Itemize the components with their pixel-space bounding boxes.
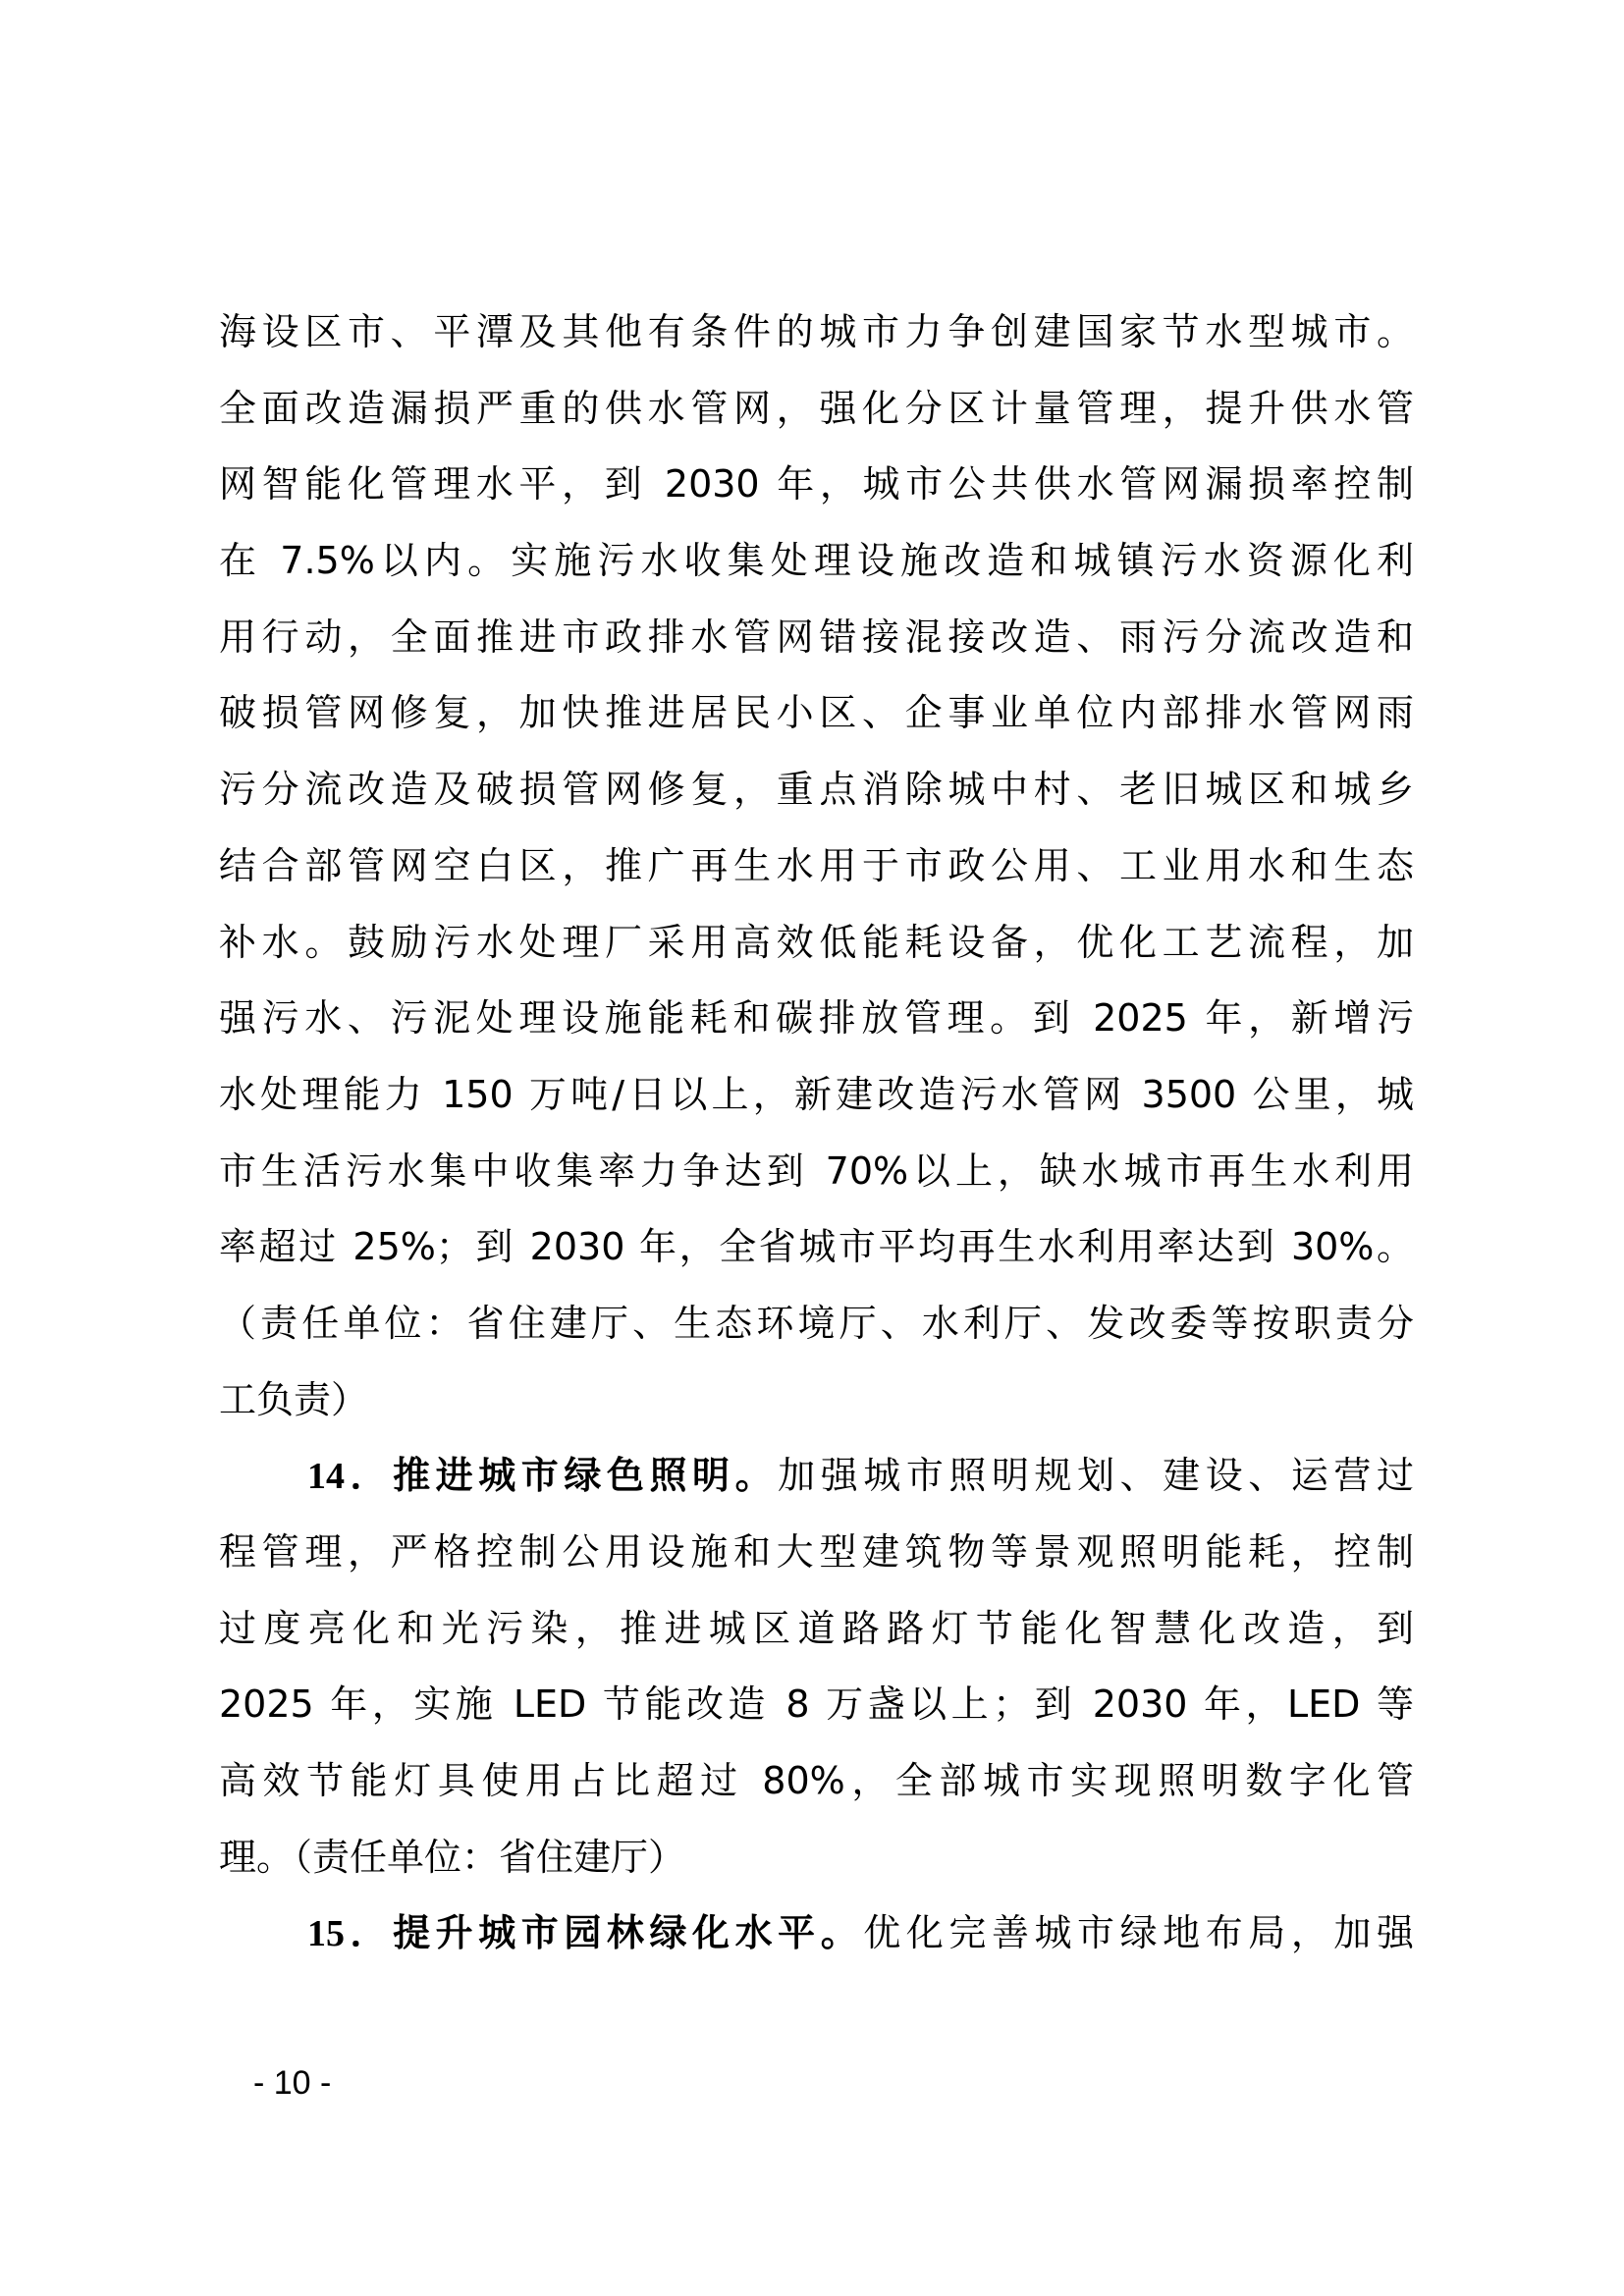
text-line: 全面改造漏损严重的供水管网，强化分区计量管理，提升供水管 <box>219 379 1414 455</box>
text-line: 水处理能力 150 万吨/日以上，新建改造污水管网 3500 公里，城 <box>219 1065 1414 1142</box>
text-line: 强污水、污泥处理设施能耗和碳排放管理。到 2025 年，新增污 <box>219 988 1414 1065</box>
section-number: 14． <box>307 1456 393 1497</box>
section-number: 15． <box>307 1913 393 1954</box>
text-line: 在 7.5%以内。实施污水收集处理设施改造和城镇污水资源化利 <box>219 531 1414 608</box>
text-line: 破损管网修复，加快推进居民小区、企事业单位内部排水管网雨 <box>219 683 1414 760</box>
section-14-heading-line: 14．推进城市绿色照明。加强城市照明规划、建设、运营过 <box>219 1446 1414 1522</box>
section-heading: 推进城市绿色照明。 <box>393 1454 778 1497</box>
text-line: 程管理，严格控制公用设施和大型建筑物等景观照明能耗，控制 <box>219 1522 1414 1599</box>
text-line: 海设区市、平潭及其他有条件的城市力争创建国家节水型城市。 <box>219 302 1414 379</box>
text-line: 过度亮化和光污染，推进城区道路路灯节能化智慧化改造，到 <box>219 1599 1414 1676</box>
text-line: 补水。鼓励污水处理厂采用高效低能耗设备，优化工艺流程，加 <box>219 913 1414 989</box>
text-line: 结合部管网空白区，推广再生水用于市政公用、工业用水和生态 <box>219 836 1414 913</box>
text-line: 污分流改造及破损管网修复，重点消除城中村、老旧城区和城乡 <box>219 760 1414 836</box>
text-line: 网智能化管理水平，到 2030 年，城市公共供水管网漏损率控制 <box>219 454 1414 531</box>
text-line: 用行动，全面推进市政排水管网错接混接改造、雨污分流改造和 <box>219 608 1414 684</box>
section-text: 优化完善城市绿地布局，加强 <box>863 1911 1414 1954</box>
section-15-heading-line: 15．提升城市园林绿化水平。优化完善城市绿地布局，加强 <box>219 1903 1414 1980</box>
section-text: 加强城市照明规划、建设、运营过 <box>778 1454 1414 1497</box>
text-line: 2025 年，实施 LED 节能改造 8 万盏以上；到 2030 年，LED 等 <box>219 1675 1414 1751</box>
text-line: 工负责） <box>219 1370 1414 1447</box>
text-line: （责任单位：省住建厅、生态环境厅、水利厅、发改委等按职责分 <box>219 1294 1414 1370</box>
text-line: 率超过 25%；到 2030 年，全省城市平均再生水利用率达到 30%。 <box>219 1217 1414 1294</box>
document-page: 海设区市、平潭及其他有条件的城市力争创建国家节水型城市。 全面改造漏损严重的供水… <box>0 0 1624 2296</box>
text-line: 市生活污水集中收集率力争达到 70%以上，缺水城市再生水利用 <box>219 1142 1414 1218</box>
text-line: 高效节能灯具使用占比超过 80%，全部城市实现照明数字化管 <box>219 1751 1414 1828</box>
page-number: - 10 - <box>253 2064 331 2103</box>
text-line: 理。（责任单位：省住建厅） <box>219 1828 1414 1904</box>
body-text: 海设区市、平潭及其他有条件的城市力争创建国家节水型城市。 全面改造漏损严重的供水… <box>219 302 1414 1980</box>
section-heading: 提升城市园林绿化水平。 <box>393 1911 863 1954</box>
